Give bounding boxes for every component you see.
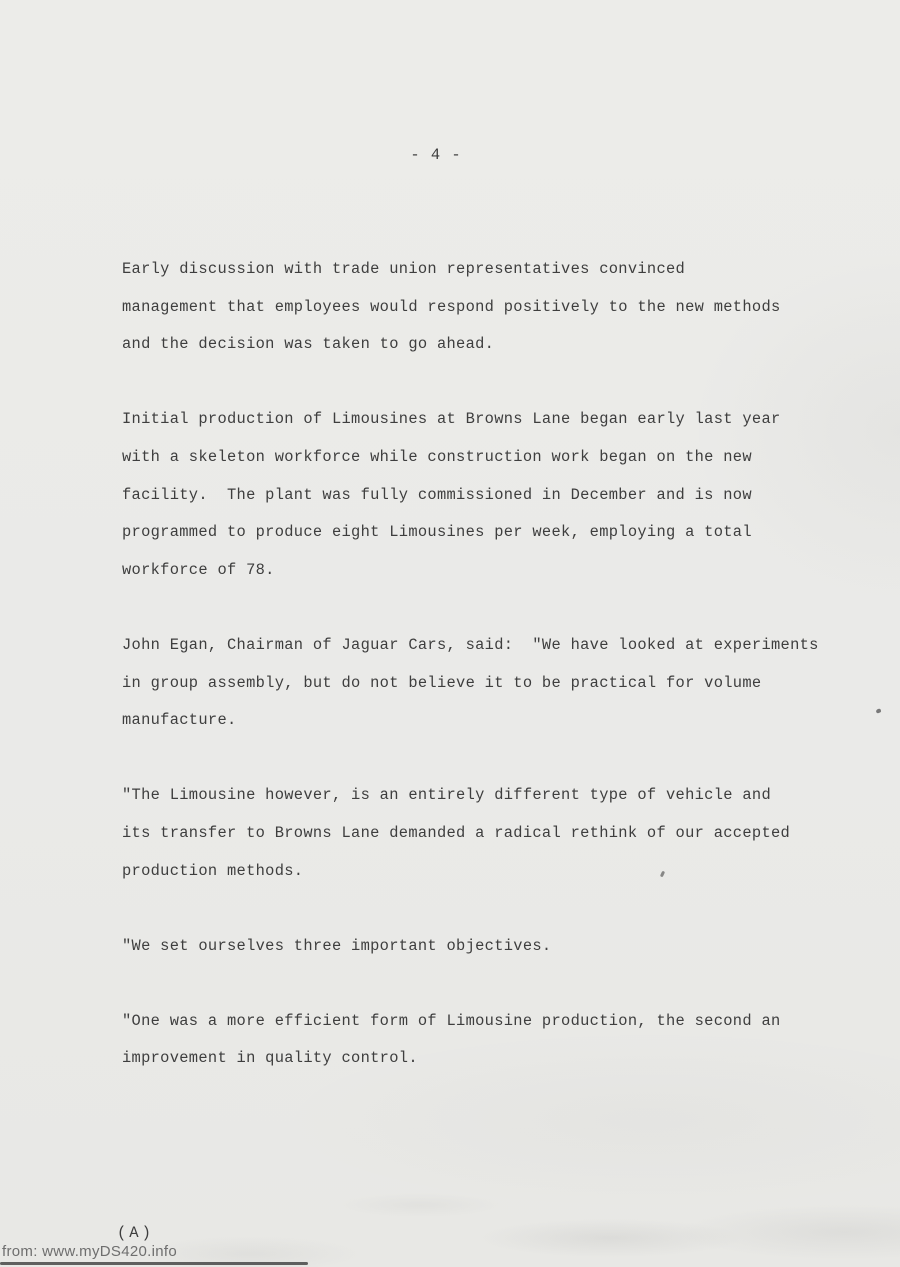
text-line: Initial production of Limousines at Brow… — [122, 401, 842, 439]
text-line: "One was a more efficient form of Limous… — [122, 1003, 842, 1041]
footnote-marker: (A) — [117, 1224, 154, 1242]
paragraph: "One was a more efficient form of Limous… — [122, 1003, 842, 1078]
text-line: improvement in quality control. — [122, 1040, 842, 1078]
text-line: "The Limousine however, is an entirely d… — [122, 777, 842, 815]
paragraph: John Egan, Chairman of Jaguar Cars, said… — [122, 627, 842, 740]
text-line: workforce of 78. — [122, 552, 842, 590]
text-line: John Egan, Chairman of Jaguar Cars, said… — [122, 627, 842, 665]
paragraph: Early discussion with trade union repres… — [122, 251, 842, 364]
page-number: - 4 - — [0, 146, 872, 164]
paragraph: Initial production of Limousines at Brow… — [122, 401, 842, 589]
text-line: in group assembly, but do not believe it… — [122, 665, 842, 703]
paragraph: "The Limousine however, is an entirely d… — [122, 777, 842, 890]
text-line: facility. The plant was fully commission… — [122, 477, 842, 515]
watermark: from: www.myDS420.info — [2, 1243, 177, 1260]
text-line: and the decision was taken to go ahead. — [122, 326, 842, 364]
text-line: manufacture. — [122, 702, 842, 740]
paragraph: "We set ourselves three important object… — [122, 928, 842, 966]
scan-edge-artifact — [0, 1262, 308, 1265]
text-line: programmed to produce eight Limousines p… — [122, 514, 842, 552]
text-line: its transfer to Browns Lane demanded a r… — [122, 815, 842, 853]
text-line: management that employees would respond … — [122, 289, 842, 327]
text-line: "We set ourselves three important object… — [122, 928, 842, 966]
text-line: Early discussion with trade union repres… — [122, 251, 842, 289]
document-body: Early discussion with trade union repres… — [122, 251, 842, 1116]
text-line: with a skeleton workforce while construc… — [122, 439, 842, 477]
text-line: production methods. — [122, 853, 842, 891]
